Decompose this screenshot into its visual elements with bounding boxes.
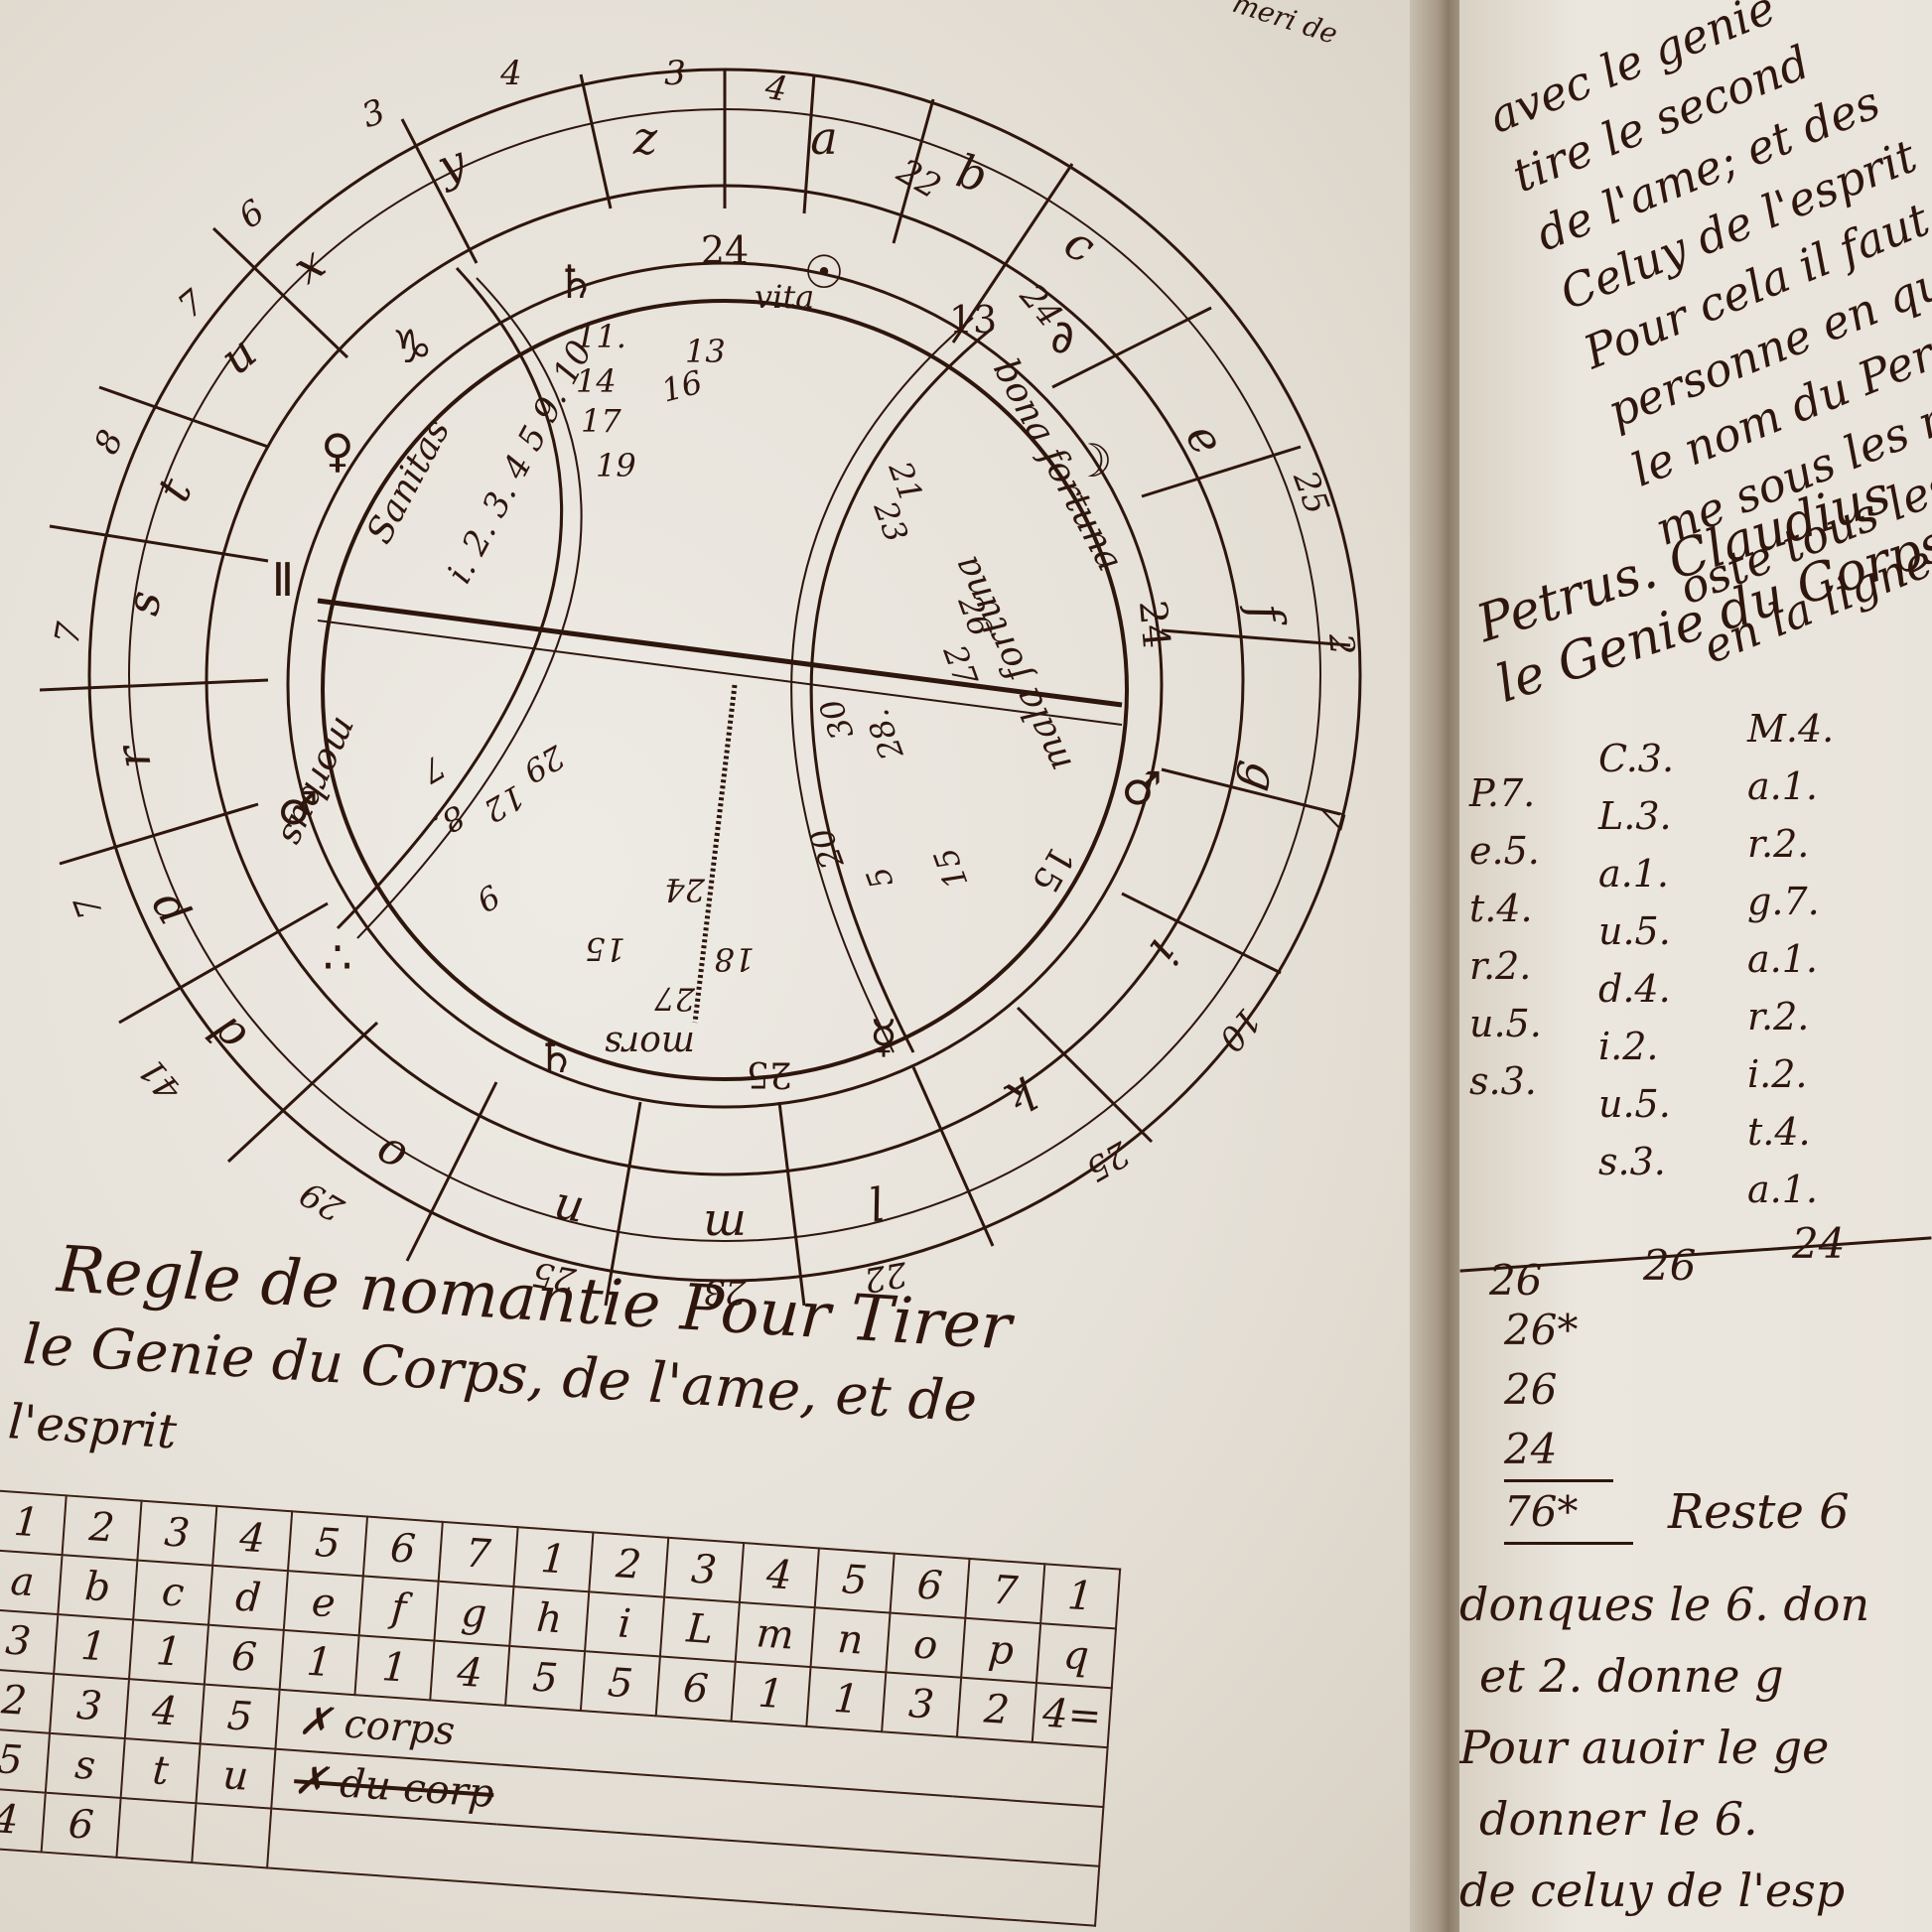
nomancy-wheel-diagram: x y z a b c e f g i k l m n o d p r s t … — [40, 30, 1410, 1320]
letter-l: l — [865, 1174, 889, 1230]
column-petrus: P.7. e.5. t.4. r.2. u.5. s.3. — [1469, 764, 1542, 1110]
letter-p: p — [134, 886, 195, 938]
letter-f: f — [1238, 597, 1296, 632]
svg-text:25: 25 — [1079, 1133, 1137, 1189]
capricorn-symbol: ♑ — [391, 320, 432, 373]
svg-text:15: 15 — [1024, 840, 1081, 899]
sum-col3: 24 — [1792, 1219, 1845, 1268]
letter-s: s — [115, 587, 172, 620]
svg-text:7: 7 — [171, 282, 213, 327]
letter-value-table: 1 2 3 4 5 6 7 1 2 3 4 5 6 7 1 a b c d — [0, 1489, 1121, 1927]
svg-text:3: 3 — [664, 54, 686, 93]
svg-text:22: 22 — [890, 151, 947, 207]
svg-text:7: 7 — [67, 890, 111, 923]
letter-o: o — [366, 1126, 414, 1186]
svg-text:9: 9 — [470, 877, 506, 919]
letter-t: t — [146, 470, 203, 509]
saturn-bottom-symbol: ♄ — [535, 1030, 576, 1083]
svg-text:7: 7 — [415, 748, 452, 790]
svg-text:11.: 11. — [576, 318, 626, 355]
mercury-symbol: ☿ — [870, 1010, 897, 1063]
label-vita: vita — [755, 278, 814, 316]
svg-text:25: 25 — [747, 1053, 792, 1094]
letter-b: b — [951, 144, 993, 204]
saturn-symbol: ♄ — [555, 255, 596, 309]
svg-text:17: 17 — [581, 402, 621, 440]
column-third: M.4. a.1. r.2. g.7. a.1. r.2. i.2. t.4. … — [1747, 700, 1834, 1218]
svg-text:21: 21 — [881, 456, 930, 507]
label-mors: mors — [605, 1024, 696, 1064]
closing-paragraph: donques le 6. don et 2. donne g Pour auo… — [1459, 1569, 1869, 1926]
svg-text:15: 15 — [926, 843, 976, 894]
svg-text:10: 10 — [1210, 1001, 1268, 1059]
svg-text:4: 4 — [499, 54, 522, 93]
svg-text:23: 23 — [866, 495, 915, 547]
svg-text:29: 29 — [294, 1173, 351, 1229]
sum-col1: 26 — [1489, 1256, 1542, 1305]
letter-z: z — [632, 111, 658, 165]
svg-text:7: 7 — [48, 620, 90, 648]
svg-text:15: 15 — [585, 930, 625, 968]
svg-text:18: 18 — [714, 940, 755, 978]
venus-left-symbol: ♀ — [321, 424, 354, 478]
letter-a: a — [810, 111, 837, 165]
svg-text:14: 14 — [576, 362, 617, 400]
svg-text:24: 24 — [701, 228, 749, 272]
svg-text:8.: 8. — [427, 797, 472, 845]
svg-text:30: 30 — [812, 694, 862, 745]
svg-text:25: 25 — [1285, 465, 1337, 519]
svg-text:28.: 28. — [858, 704, 910, 765]
right-page: avec le genie tire le second de l'ame; e… — [1459, 0, 1932, 1932]
svg-text:12: 12 — [478, 777, 531, 830]
gemini-symbol: Ⅱ — [272, 553, 295, 607]
svg-text:6: 6 — [231, 192, 272, 236]
svg-text:19: 19 — [596, 447, 636, 484]
addition-column: 26* 26 24 76* — [1504, 1301, 1633, 1545]
svg-text:13: 13 — [949, 298, 997, 342]
dots-symbol: ∴ — [323, 930, 351, 984]
svg-text:3: 3 — [356, 91, 390, 136]
letter-c: c — [1055, 214, 1104, 274]
svg-text:24: 24 — [1131, 599, 1178, 650]
sum-col2: 26 — [1643, 1241, 1696, 1290]
svg-text:24: 24 — [664, 871, 706, 908]
letter-e: e — [1175, 414, 1235, 465]
arc-right — [811, 328, 993, 1052]
letter-n: n — [549, 1183, 588, 1241]
svg-text:29: 29 — [517, 738, 572, 791]
svg-text:27: 27 — [654, 980, 696, 1018]
svg-text:8: 8 — [86, 424, 131, 461]
letter-x: x — [283, 235, 335, 294]
column-claudius: C.3. L.3. a.1. u.5. d.4. i.2. u.5. s.3. — [1598, 730, 1674, 1190]
svg-text:2: 2 — [1320, 631, 1362, 657]
svg-text:41: 41 — [131, 1050, 190, 1110]
svg-text:4: 4 — [761, 67, 790, 109]
remainder-text: Reste 6 — [1668, 1484, 1850, 1540]
venus-symbol: ∂ — [1050, 310, 1074, 363]
svg-text:5: 5 — [859, 862, 901, 894]
left-page: meri de — [0, 0, 1430, 1932]
mars-symbol: ♂ — [1121, 761, 1162, 815]
letter-m: m — [703, 1200, 747, 1254]
